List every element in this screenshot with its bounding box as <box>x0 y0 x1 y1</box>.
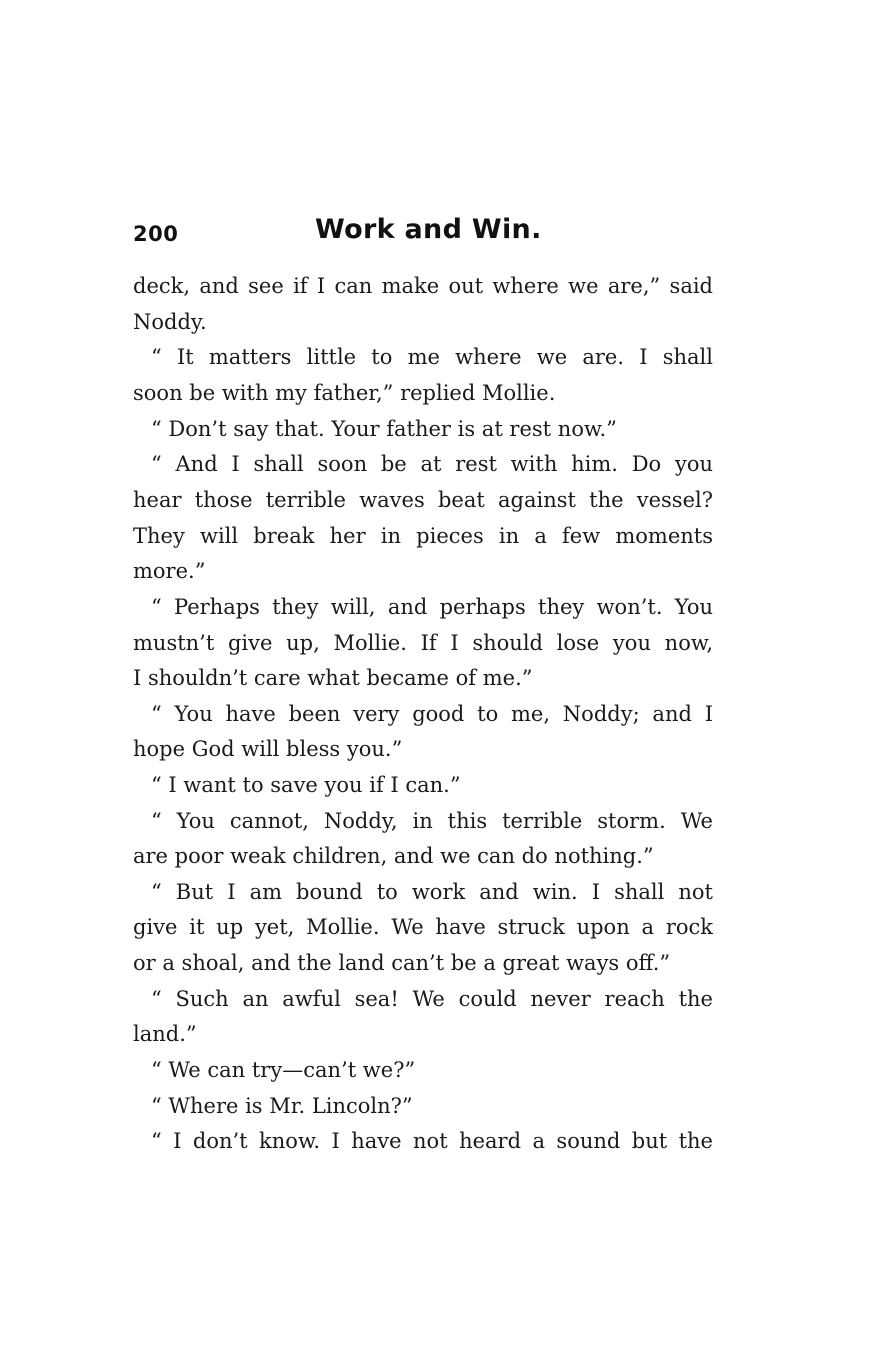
text-line: “ Perhaps they will, and perhaps they wo… <box>151 589 713 625</box>
text-line: “ I don’t know. I have not heard a sound… <box>151 1123 713 1159</box>
text-line: “ Where is Mr. Lincoln?” <box>151 1088 413 1124</box>
text-line: They will break her in pieces in a few m… <box>133 518 713 554</box>
text-line: “ You cannot, Noddy, in this terrible st… <box>151 803 713 839</box>
text-line: give it up yet, Mollie. We have struck u… <box>133 909 713 945</box>
text-line: “ We can try—can’t we?” <box>151 1052 415 1088</box>
text-line: soon be with my father,” replied Mollie. <box>133 375 555 411</box>
text-line: “ You have been very good to me, Noddy; … <box>151 696 713 732</box>
text-line: “ Don’t say that. Your father is at rest… <box>151 411 617 447</box>
running-head: 200 Work and Win. <box>133 214 713 254</box>
text-line: “ Such an awful sea! We could never reac… <box>151 981 713 1017</box>
text-line: more.” <box>133 553 205 589</box>
text-line: hope God will bless you.” <box>133 731 402 767</box>
text-line: I shouldn’t care what became of me.” <box>133 660 532 696</box>
text-line: mustn’t give up, Mollie. If I should los… <box>133 625 713 661</box>
text-line: or a shoal, and the land can’t be a grea… <box>133 945 670 981</box>
text-line: hear those terrible waves beat against t… <box>133 482 713 518</box>
text-line: land.” <box>133 1016 197 1052</box>
book-page: 200 Work and Win. deck, and see if I can… <box>0 0 883 1360</box>
text-line: are poor weak children, and we can do no… <box>133 838 654 874</box>
text-line: deck, and see if I can make out where we… <box>133 268 713 304</box>
text-line: “ And I shall soon be at rest with him. … <box>151 446 713 482</box>
page-number: 200 <box>133 222 178 246</box>
book-title: Work and Win. <box>315 214 542 245</box>
text-line: Noddy. <box>133 304 207 340</box>
text-line: “ It matters little to me where we are. … <box>151 339 713 375</box>
text-line: “ I want to save you if I can.” <box>151 767 461 803</box>
text-line: “ But I am bound to work and win. I shal… <box>151 874 713 910</box>
